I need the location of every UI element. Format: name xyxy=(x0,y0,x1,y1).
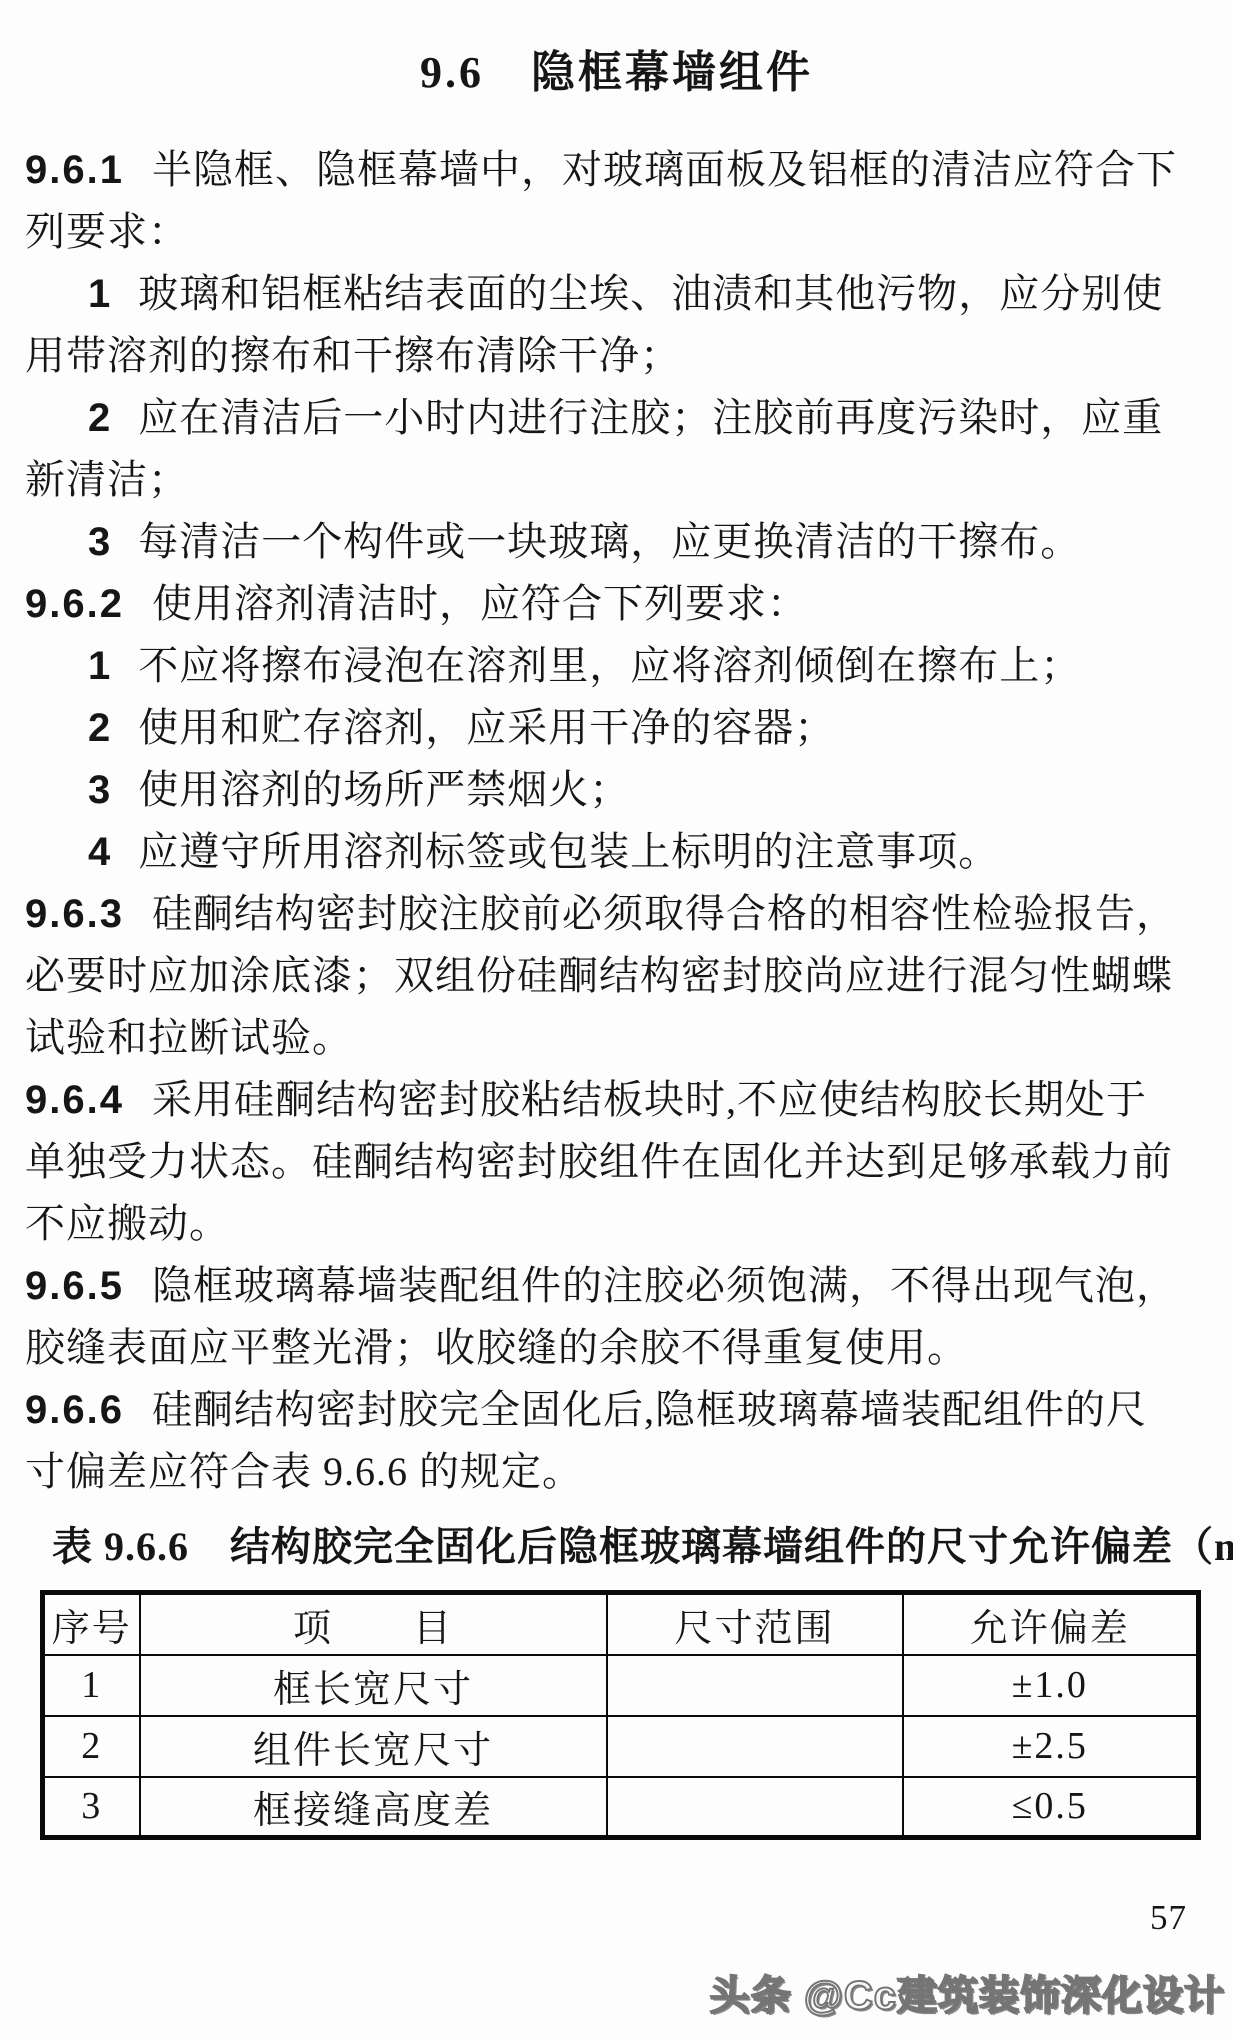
clause-text: 应遵守所用溶剂标签或包装上标明的注意事项。 xyxy=(138,829,999,874)
clause-text: 胶缝表面应平整光滑；收胶缝的余胶不得重复使用。 xyxy=(25,1325,968,1370)
table-caption: 表 9.6.6 结构胶完全固化后隐框玻璃幕墙组件的尺寸允许偏差（mm） xyxy=(52,1515,1233,1572)
table-cell: 框长宽尺寸 xyxy=(140,1655,607,1716)
body-line: 1玻璃和铝框粘结表面的尘埃、油渍和其他污物，应分别使 xyxy=(25,263,1213,325)
table-cell xyxy=(607,1716,903,1777)
clause-number: 2 xyxy=(88,396,112,440)
page-number: 57 xyxy=(1150,1898,1187,1938)
body-line: 4应遵守所用溶剂标签或包装上标明的注意事项。 xyxy=(25,821,1213,883)
clause-text: 使用溶剂清洁时，应符合下列要求： xyxy=(152,581,808,626)
body-line: 试验和拉断试验。 xyxy=(25,1007,1213,1069)
clause-text: 单独受力状态。硅酮结构密封胶组件在固化并达到足够承载力前 xyxy=(25,1139,1173,1184)
clause-text: 硅酮结构密封胶完全固化后,隐框玻璃幕墙装配组件的尺 xyxy=(152,1387,1147,1432)
body-line: 3每清洁一个构件或一块玻璃，应更换清洁的干擦布。 xyxy=(25,511,1213,573)
table-cell: 组件长宽尺寸 xyxy=(140,1716,607,1777)
clause-number: 4 xyxy=(88,830,112,874)
clause-text: 必要时应加涂底漆；双组份硅酮结构密封胶尚应进行混匀性蝴蝶 xyxy=(25,953,1173,998)
clause-number: 1 xyxy=(88,644,112,688)
body-line: 2应在清洁后一小时内进行注胶；注胶前再度污染时，应重 xyxy=(25,387,1213,449)
clause-text: 列要求： xyxy=(25,209,189,254)
body-line: 1不应将擦布浸泡在溶剂里，应将溶剂倾倒在擦布上； xyxy=(25,635,1213,697)
body-line: 新清洁； xyxy=(25,449,1213,511)
body-line: 胶缝表面应平整光滑；收胶缝的余胶不得重复使用。 xyxy=(25,1317,1213,1379)
clause-text: 隐框玻璃幕墙装配组件的注胶必须饱满，不得出现气泡， xyxy=(152,1263,1177,1308)
clause-text: 寸偏差应符合表 9.6.6 的规定。 xyxy=(25,1449,583,1494)
clause-number: 9.6.4 xyxy=(25,1078,124,1122)
body-line: 9.6.3硅酮结构密封胶注胶前必须取得合格的相容性检验报告， xyxy=(25,883,1213,945)
table-row: 3框接缝高度差≤0.5 xyxy=(43,1777,1199,1838)
body-line: 寸偏差应符合表 9.6.6 的规定。 xyxy=(25,1441,1213,1503)
clause-number: 9.6.3 xyxy=(25,892,124,936)
table-cell: 3 xyxy=(43,1777,140,1838)
section-title: 9.6 隐框幕墙组件 xyxy=(0,36,1233,100)
clause-text: 新清洁； xyxy=(25,457,189,502)
table-cell: 1 xyxy=(43,1655,140,1716)
table-cell: 框接缝高度差 xyxy=(140,1777,607,1838)
table-header-row: 序号项 目尺寸范围允许偏差 xyxy=(43,1593,1199,1655)
clause-text: 每清洁一个构件或一块玻璃，应更换清洁的干擦布。 xyxy=(138,519,1081,564)
clause-number: 2 xyxy=(88,706,112,750)
body-line: 单独受力状态。硅酮结构密封胶组件在固化并达到足够承载力前 xyxy=(25,1131,1213,1193)
body-line: 不应搬动。 xyxy=(25,1193,1213,1255)
table-cell: ±2.5 xyxy=(903,1716,1199,1777)
clause-number: 3 xyxy=(88,520,112,564)
body-line: 必要时应加涂底漆；双组份硅酮结构密封胶尚应进行混匀性蝴蝶 xyxy=(25,945,1213,1007)
clause-text: 使用和贮存溶剂，应采用干净的容器； xyxy=(138,705,835,750)
body-line: 9.6.1半隐框、隐框幕墙中，对玻璃面板及铝框的清洁应符合下 xyxy=(25,139,1213,201)
clause-number: 9.6.6 xyxy=(25,1388,124,1432)
body-line: 9.6.4采用硅酮结构密封胶粘结板块时,不应使结构胶长期处于 xyxy=(25,1069,1213,1131)
clause-text: 采用硅酮结构密封胶粘结板块时,不应使结构胶长期处于 xyxy=(152,1077,1147,1122)
table-header-cell: 尺寸范围 xyxy=(607,1593,903,1655)
body-line: 用带溶剂的擦布和干擦布清除干净； xyxy=(25,325,1213,387)
clause-text: 不应搬动。 xyxy=(25,1201,230,1246)
table-header-cell: 序号 xyxy=(43,1593,140,1655)
clause-number: 9.6.1 xyxy=(25,148,124,192)
table-row: 1框长宽尺寸±1.0 xyxy=(43,1655,1199,1716)
table-header-cell: 项 目 xyxy=(140,1593,607,1655)
table-header-cell: 允许偏差 xyxy=(903,1593,1199,1655)
clause-text: 使用溶剂的场所严禁烟火； xyxy=(138,767,630,812)
body-line: 3使用溶剂的场所严禁烟火； xyxy=(25,759,1213,821)
table-cell xyxy=(607,1655,903,1716)
clause-text: 试验和拉断试验。 xyxy=(25,1015,353,1060)
table-cell: ≤0.5 xyxy=(903,1777,1199,1838)
clause-text: 不应将擦布浸泡在溶剂里，应将溶剂倾倒在擦布上； xyxy=(138,643,1081,688)
clause-text: 玻璃和铝框粘结表面的尘埃、油渍和其他污物，应分别使 xyxy=(138,271,1163,316)
clause-number: 3 xyxy=(88,768,112,812)
body-text: 9.6.1半隐框、隐框幕墙中，对玻璃面板及铝框的清洁应符合下列要求：1玻璃和铝框… xyxy=(25,139,1213,1503)
clause-text: 半隐框、隐框幕墙中，对玻璃面板及铝框的清洁应符合下 xyxy=(152,147,1177,192)
clause-text: 用带溶剂的擦布和干擦布清除干净； xyxy=(25,333,681,378)
clause-number: 1 xyxy=(88,272,112,316)
body-line: 列要求： xyxy=(25,201,1213,263)
table-cell: 2 xyxy=(43,1716,140,1777)
tolerance-table: 序号项 目尺寸范围允许偏差 1框长宽尺寸±1.02组件长宽尺寸±2.53框接缝高… xyxy=(40,1590,1201,1840)
body-line: 9.6.5隐框玻璃幕墙装配组件的注胶必须饱满，不得出现气泡， xyxy=(25,1255,1213,1317)
document-page: 9.6 隐框幕墙组件 9.6.1半隐框、隐框幕墙中，对玻璃面板及铝框的清洁应符合… xyxy=(0,0,1233,2039)
clause-text: 应在清洁后一小时内进行注胶；注胶前再度污染时，应重 xyxy=(138,395,1163,440)
clause-text: 硅酮结构密封胶注胶前必须取得合格的相容性检验报告， xyxy=(152,891,1177,936)
clause-number: 9.6.5 xyxy=(25,1264,124,1308)
body-line: 2使用和贮存溶剂，应采用干净的容器； xyxy=(25,697,1213,759)
clause-number: 9.6.2 xyxy=(25,582,124,626)
body-line: 9.6.2使用溶剂清洁时，应符合下列要求： xyxy=(25,573,1213,635)
table-cell: ±1.0 xyxy=(903,1655,1199,1716)
table-cell xyxy=(607,1777,903,1838)
watermark: 头条 @Cc建筑装饰深化设计 xyxy=(710,1964,1225,2021)
table-row: 2组件长宽尺寸±2.5 xyxy=(43,1716,1199,1777)
body-line: 9.6.6硅酮结构密封胶完全固化后,隐框玻璃幕墙装配组件的尺 xyxy=(25,1379,1213,1441)
